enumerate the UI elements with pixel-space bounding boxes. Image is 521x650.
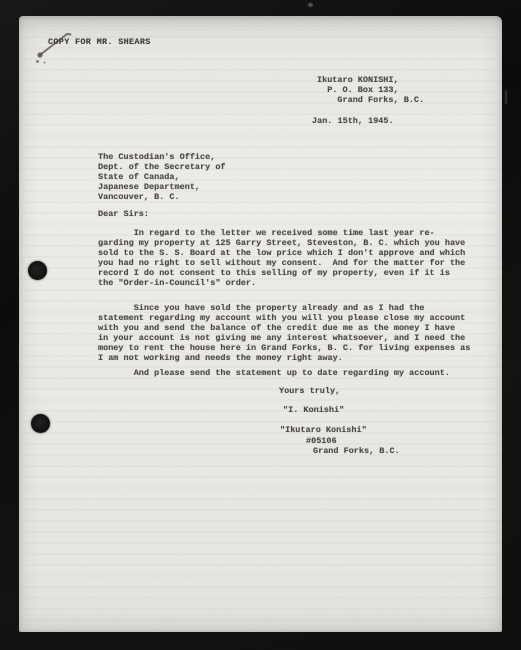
date-line: Jan. 15th, 1945. xyxy=(312,116,394,126)
letter-page: COPY FOR MR. SHEARS Ikutaro KONISHI, P. … xyxy=(19,16,502,632)
body-paragraph-3: And please send the statement up to date… xyxy=(98,368,450,378)
salutation: Dear Sirs: xyxy=(98,209,149,219)
closing-location: Grand Forks, B.C. xyxy=(313,446,400,456)
file-number: #05106 xyxy=(306,436,337,446)
recipient-address: The Custodian's Office, Dept. of the Sec… xyxy=(98,152,226,202)
copy-stamp: COPY FOR MR. SHEARS xyxy=(48,37,151,47)
body-paragraph-1: In regard to the letter we received some… xyxy=(98,228,465,288)
sender-address: Ikutaro KONISHI, P. O. Box 133, Grand Fo… xyxy=(317,75,424,105)
film-speck xyxy=(308,3,313,7)
film-scratch xyxy=(505,90,507,104)
body-paragraph-2: Since you have sold the property already… xyxy=(98,303,470,363)
signature-quoted: "I. Konishi" xyxy=(283,405,344,415)
ink-dots xyxy=(36,60,39,63)
hole-punch-bottom xyxy=(31,414,50,433)
hole-punch-top xyxy=(28,261,47,280)
valediction: Yours truly, xyxy=(279,386,340,396)
typed-name-quoted: "Ikutaro Konishi" xyxy=(280,425,367,435)
